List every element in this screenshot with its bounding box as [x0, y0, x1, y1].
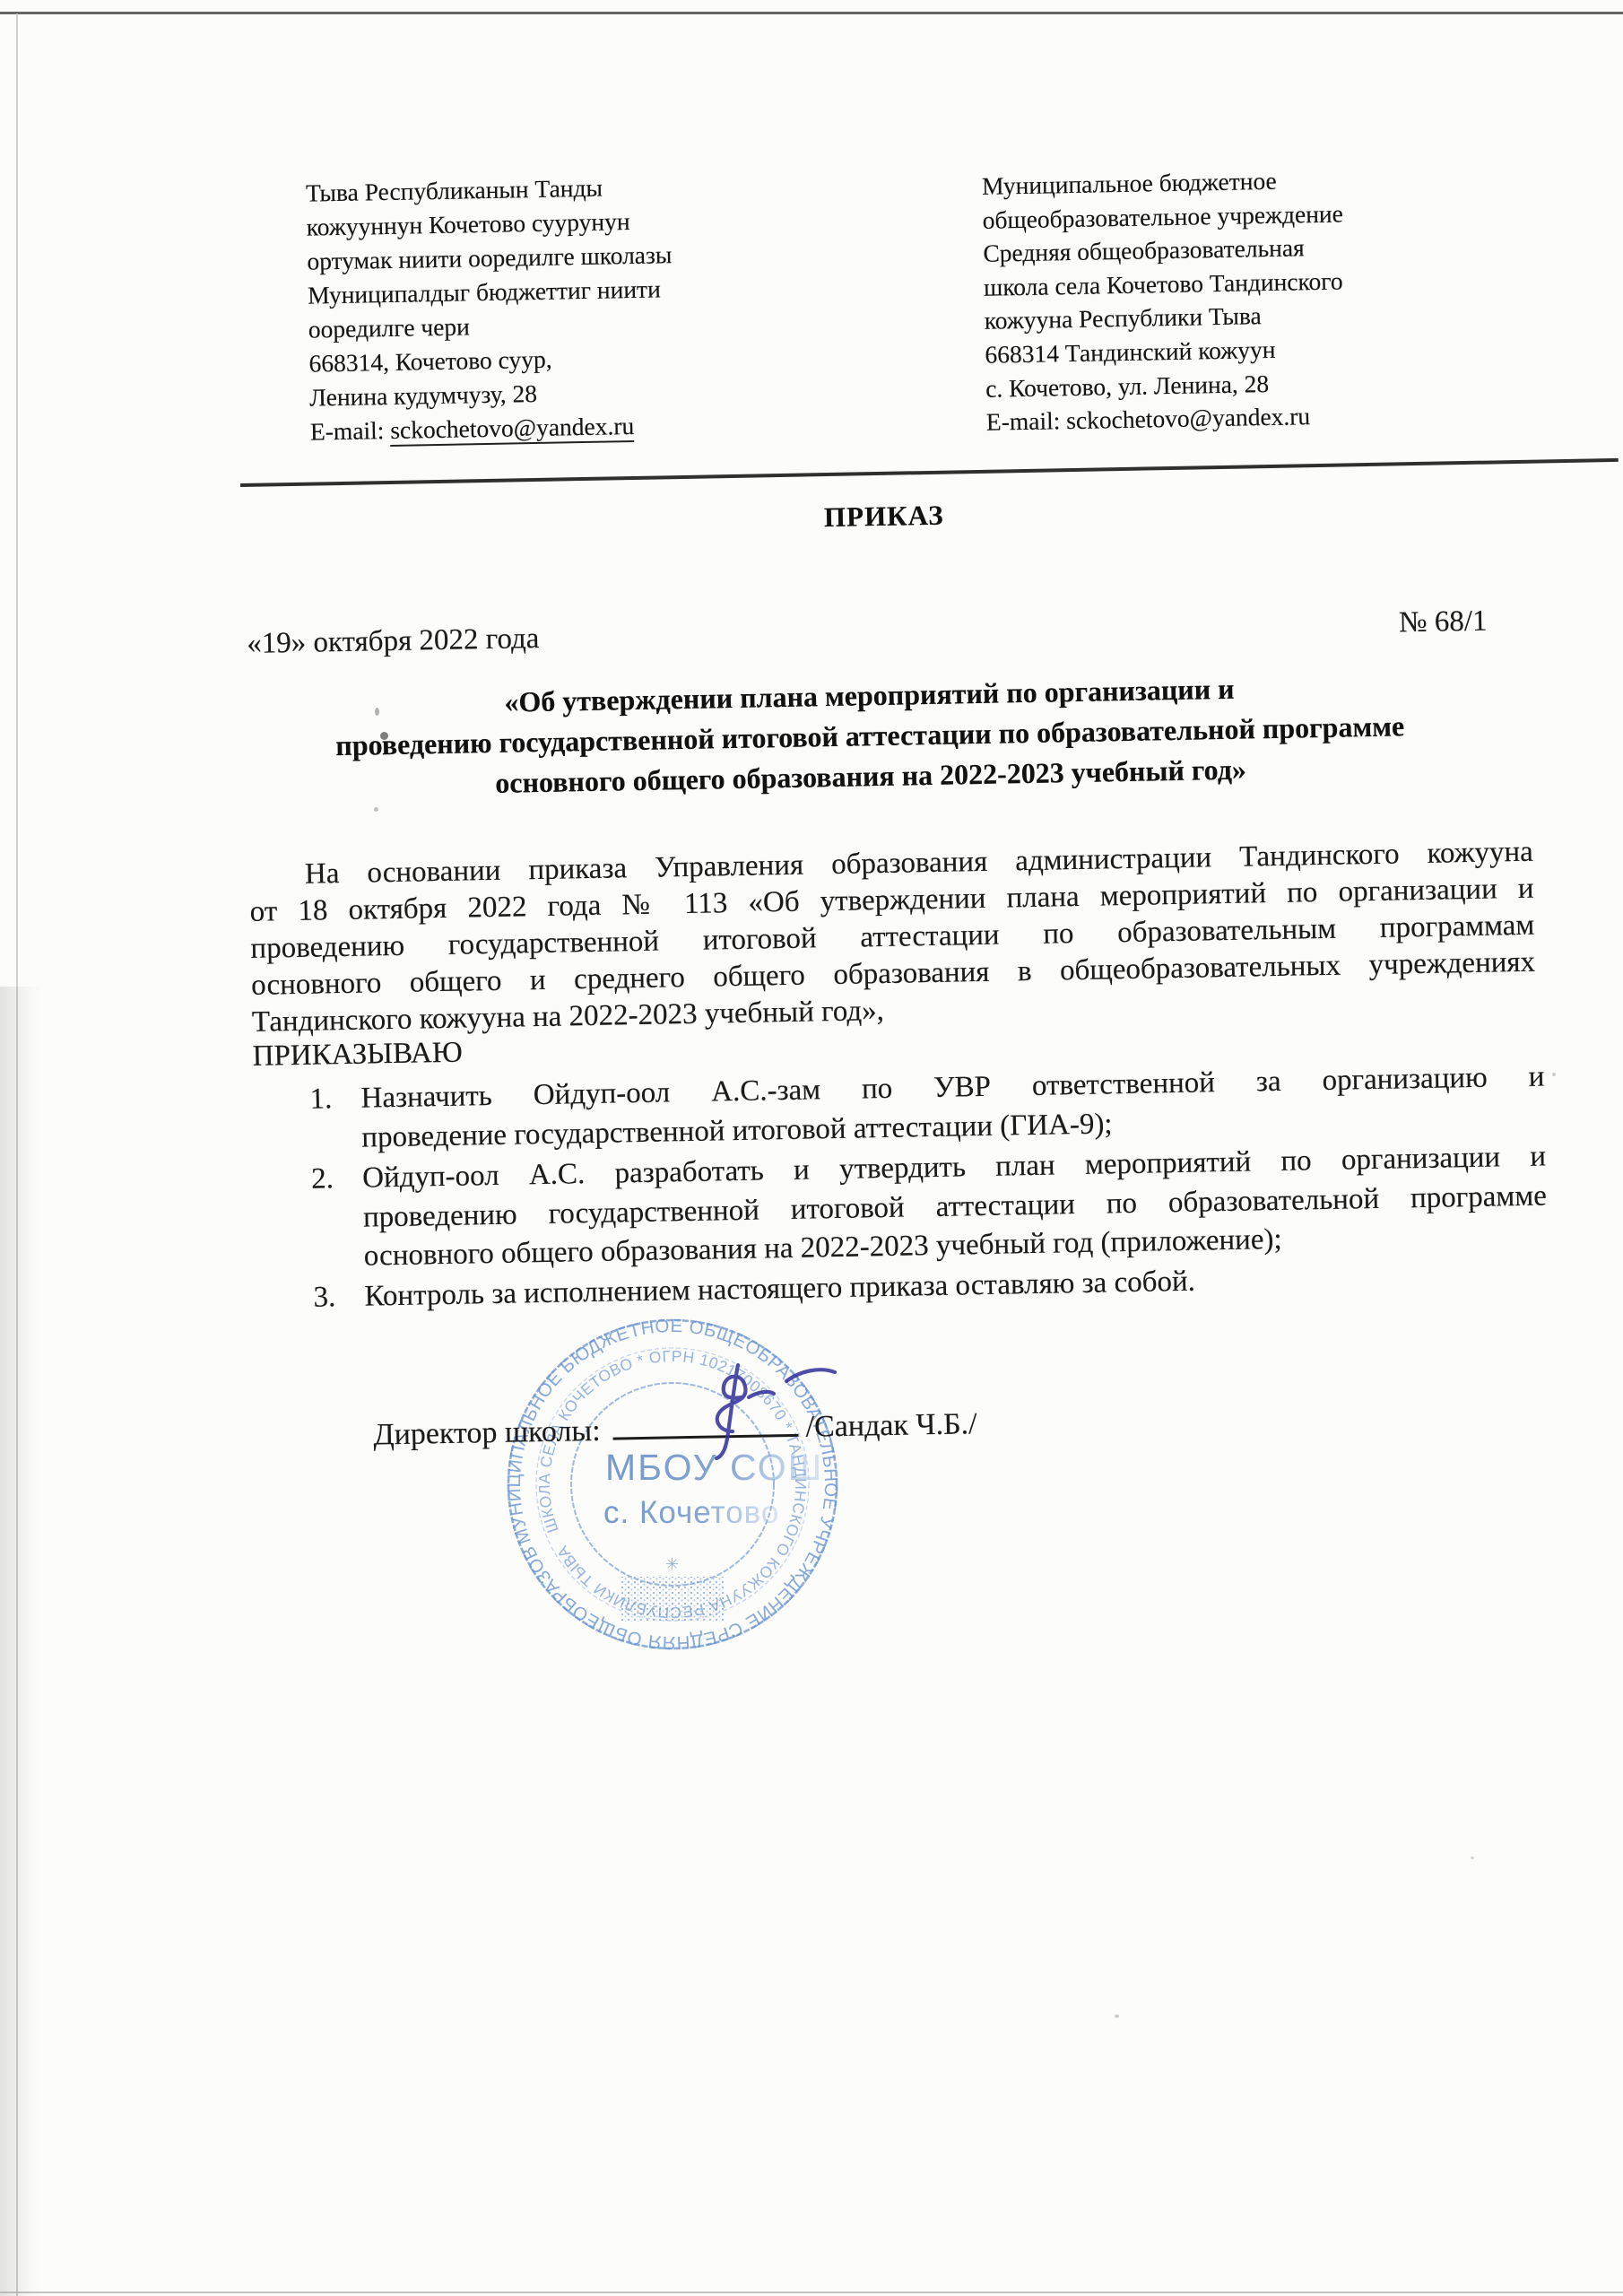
order-heading: ПРИКАЗ: [243, 489, 1525, 544]
resolution-word: ПРИКАЗЫВАЮ: [252, 1037, 463, 1074]
letterhead-russian: Муниципальное бюджетное общеобразователь…: [982, 161, 1435, 439]
item-number: 2.: [311, 1160, 363, 1200]
order-date: «19» октября 2022 года: [247, 622, 540, 661]
scanned-order-document: МУНИЦИПАЛЬНОЕ БЮДЖЕТНОЕ ОБЩЕОБРАЗОВАТЕЛЬ…: [0, 0, 1623, 2296]
signature-label: Директор школы:: [373, 1414, 601, 1452]
document-content: Тыва Республиканын Танды кожууннун Кочет…: [0, 0, 1623, 2296]
order-number: № 68/1: [1399, 605, 1488, 640]
order-preamble: На основании приказа Управления образова…: [249, 834, 1537, 1041]
item-number: 1.: [309, 1080, 361, 1120]
email-prefix: E-mail:: [310, 416, 391, 446]
letterhead-email-line: E-mail: sckochetovo@yandex.ru: [310, 407, 742, 449]
order-title: «Об утверждении плана мероприятий по орг…: [241, 664, 1498, 808]
order-item-2: 2. Ойдуп-оол А.С. разработать и утвердит…: [311, 1137, 1548, 1277]
letterhead-tuvan: Тыва Республиканын Танды кожууннун Кочет…: [306, 169, 741, 449]
item-number: 3.: [313, 1278, 365, 1318]
handwritten-signature: [686, 1345, 892, 1471]
letterhead-line: E-mail: sckochetovo@yandex.ru: [986, 397, 1436, 439]
header-divider-line: [240, 458, 1619, 487]
email-link[interactable]: sckochetovo@yandex.ru: [390, 412, 635, 447]
